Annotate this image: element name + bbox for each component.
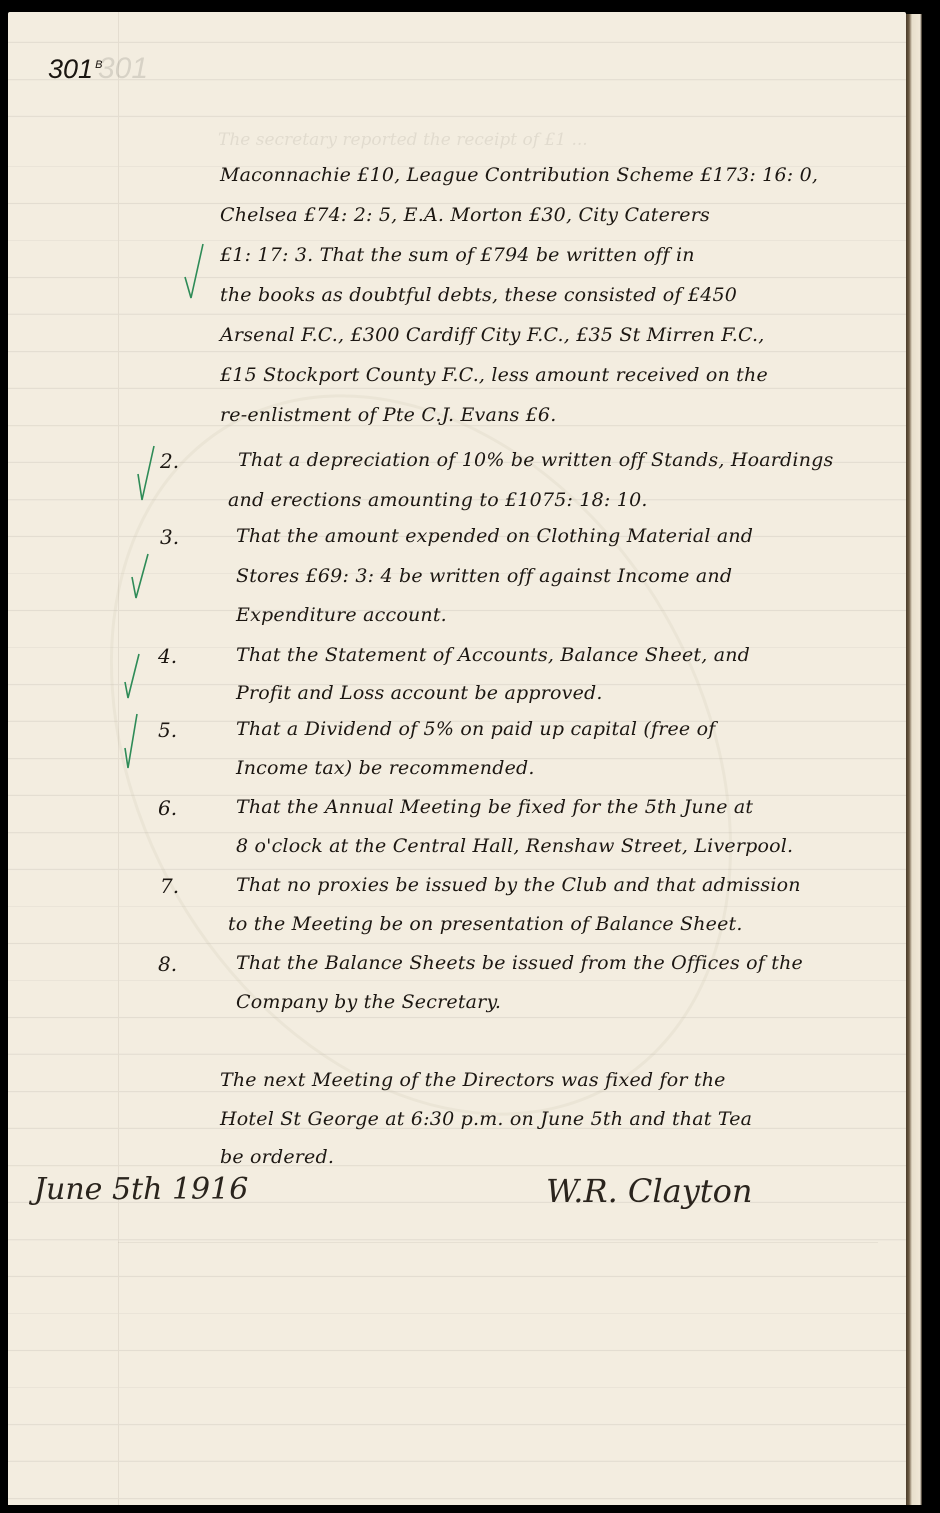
next-meeting-line: Hotel St George at 6:30 p.m. on June 5th… (220, 1108, 752, 1130)
check-mark-icon (130, 552, 152, 602)
next-meeting-line: The next Meeting of the Directors was fi… (220, 1069, 726, 1091)
resolution-line: to the Meeting be on presentation of Bal… (228, 913, 743, 935)
resolution-line: Stores £69: 3: 4 be written off against … (236, 565, 732, 587)
bleed-through-header: The secretary reported the receipt of £1… (218, 130, 588, 150)
next-meeting-line: be ordered. (220, 1146, 334, 1168)
resolution-line: Expenditure account. (236, 604, 447, 626)
minute-line: the books as doubtful debts, these consi… (220, 284, 737, 306)
book-spine (906, 14, 922, 1505)
check-mark-icon (123, 652, 143, 702)
resolution-line: That a depreciation of 10% be written of… (238, 449, 833, 471)
resolution-line: and erections amounting to £1075: 18: 10… (228, 489, 648, 511)
minute-line: Maconnachie £10, League Contribution Sch… (220, 164, 818, 186)
check-mark-icon (123, 712, 143, 772)
bleed-through-page-number: 301 (98, 52, 148, 86)
minute-line: Chelsea £74: 2: 5, E.A. Morton £30, City… (220, 204, 710, 226)
resolution-line: That no proxies be issued by the Club an… (236, 874, 801, 896)
resolution-number: 7. (160, 874, 179, 898)
resolution-line: Company by the Secretary. (236, 991, 501, 1013)
resolution-line: Income tax) be recommended. (236, 757, 535, 779)
resolution-line: 8 o'clock at the Central Hall, Renshaw S… (236, 835, 793, 857)
resolution-line: That the Annual Meeting be fixed for the… (236, 796, 753, 818)
resolution-number: 2. (160, 449, 179, 473)
resolution-number: 5. (158, 718, 177, 742)
resolution-line: That the Balance Sheets be issued from t… (236, 952, 803, 974)
resolution-number: 8. (158, 952, 177, 976)
check-mark-icon (183, 242, 205, 302)
resolution-number: 4. (158, 644, 177, 668)
resolution-line: That the amount expended on Clothing Mat… (236, 525, 753, 547)
page-number: 301B (48, 54, 102, 85)
minute-line: £15 Stockport County F.C., less amount r… (220, 364, 768, 386)
resolution-line: That the Statement of Accounts, Balance … (236, 644, 750, 666)
resolution-line: That a Dividend of 5% on paid up capital… (236, 718, 715, 740)
resolution-number: 6. (158, 796, 177, 820)
bleed-through-rule (118, 1242, 878, 1243)
chairman-signature: W.R. Clayton (546, 1172, 753, 1210)
check-mark-icon (136, 444, 158, 504)
minute-line: £1: 17: 3. That the sum of £794 be writt… (220, 244, 695, 266)
signed-date: June 5th 1916 (34, 1172, 248, 1207)
resolution-line: Profit and Loss account be approved. (236, 682, 603, 704)
ledger-page: 301 The secretary reported the receipt o… (8, 12, 906, 1505)
margin-rule (118, 12, 119, 1505)
minute-line: re-enlistment of Pte C.J. Evans £6. (220, 404, 556, 426)
resolution-number: 3. (160, 525, 179, 549)
minute-line: Arsenal F.C., £300 Cardiff City F.C., £3… (220, 324, 765, 346)
